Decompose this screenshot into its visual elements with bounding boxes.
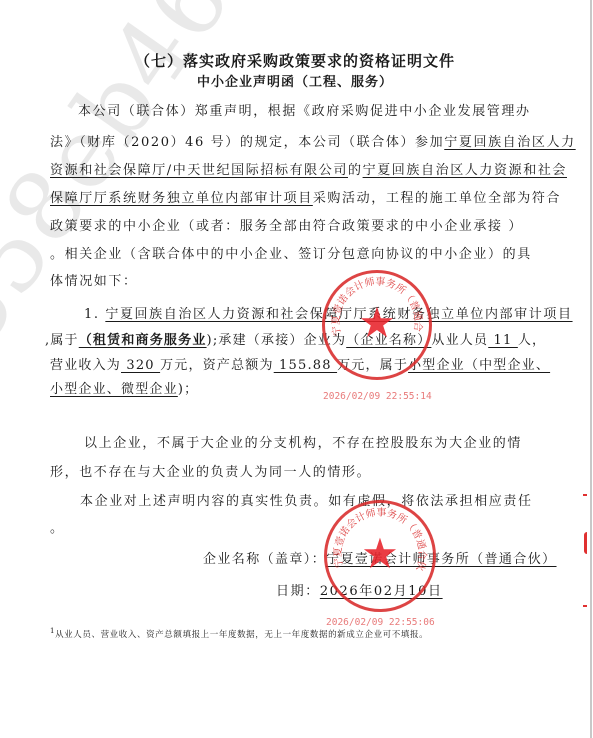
project-name-part2: 保障厅厅系统财务独立单位内部审计项目 [50, 191, 313, 206]
project-name-part1: 宁夏回族自治区人力资源和社会 [363, 163, 567, 178]
item1-enterprise: （企业名称） [346, 333, 431, 348]
company-name: 宁夏壹诺会计师事务所（普通合伙） [326, 552, 556, 567]
seal-1-timestamp: 2026/02/09 22:55:14 [323, 391, 432, 402]
signature-date-line: 日期：2026年02月10日 [276, 580, 443, 599]
item1-size-class-cont: 小型企业、微型企业 [50, 382, 178, 397]
item1-number: 1. [84, 307, 105, 322]
para2-line2: 形，也不存在与大企业的负责人为同一人的情形。 [50, 461, 371, 480]
footnote-text: 从业人员、营业收入、资产总额填报上一年度数据，无上一年度数据的新成立企业可不填报… [55, 630, 428, 640]
para1-line3-text: 的 [348, 163, 363, 178]
para1-line5: 政策要求的中小企业（或者：服务全部由符合政策要求的中小企业承接 ） [50, 215, 523, 234]
para1-line7: 体情况如下： [50, 270, 138, 289]
para3-line2: 。 [50, 517, 65, 536]
para3-line1: 本企业对上述声明内容的真实性负责。如有虚假，将依法承担相应责任 [80, 490, 533, 509]
item1-line1: 1. 宁夏回族自治区人力资源和社会保障厅厅系统财务独立单位内部审计项目 [84, 303, 573, 322]
item1-revenue-label: 营业收入为 [50, 358, 121, 373]
signature-company-line: 企业名称（盖章）：宁夏壹诺会计师事务所（普通合伙） [203, 548, 557, 567]
footnote: 1从业人员、营业收入、资产总额填报上一年度数据，无上一年度数据的新成立企业可不填… [50, 627, 428, 640]
date-value: 2026年02月10日 [320, 584, 443, 599]
item1-staff-label: 从业人员 [431, 333, 488, 348]
purchaser-name-part2: 资源和社会保障厅/中天世纪国际招标有限公司 [50, 163, 348, 178]
item1-project: 宁夏回族自治区人力资源和社会保障厅厅系统财务独立单位内部审计项目 [105, 307, 572, 322]
item1-line4: 小型企业、微型企业)； [50, 378, 198, 397]
item1-staff-unit: 人， [518, 333, 546, 348]
item1-line3: 营业收入为 320 万元，资产总额为 155.88 万元，属于小型企业（中型企业… [50, 354, 550, 373]
para1-line4-text: 采购活动，工程的施工单位全部为符合 [313, 191, 561, 206]
company-label: 企业名称（盖章）： [203, 552, 326, 567]
para1-line1: 本公司（联合体）郑重声明，根据《政府采购促进中小企业发展管理办 [78, 100, 531, 119]
edge-seal-fragment [584, 532, 587, 554]
item1-belongs-label: ,属于 [45, 333, 79, 348]
edge-seal-mark-bottom [583, 605, 587, 607]
para1-line2-text: 法》（财库（2020）46 号）的规定，本公司（联合体）参加 [50, 135, 444, 150]
para2-line1: 以上企业，不属于大企业的分支机构，不存在控股股东为大企业的情 [84, 432, 522, 451]
edge-seal-mark-top [583, 494, 587, 496]
item1-revenue: 320 [121, 358, 160, 373]
item1-assets-label: 万元，资产总额为 [160, 358, 274, 373]
item1-size-class: 小型企业（中型企业、 [408, 358, 550, 373]
document-subtitle: 中小企业声明函（工程、服务） [0, 71, 590, 90]
item1-line2: ,属于（租赁和商务服务业);承建（承接）企业为（企业名称）从业人员 11 人， [45, 329, 546, 348]
purchaser-name-part1: 宁夏回族自治区人力 [444, 135, 575, 150]
seal-2-timestamp: 2026/02/09 22:55:06 [326, 617, 435, 628]
para1-line3: 资源和社会保障厅/中天世纪国际招标有限公司的宁夏回族自治区人力资源和社会 [50, 159, 567, 178]
para1-line4: 保障厅厅系统财务独立单位内部审计项目采购活动，工程的施工单位全部为符合 [50, 187, 561, 206]
item1-industry: （租赁和商务服务业 [79, 333, 207, 348]
item1-staff: 11 [488, 333, 518, 348]
document-page: 9558eb460cce2dbd64 （七）落实政府采购政策要求的资格证明文件 … [0, 0, 592, 738]
item1-assets: 155.88 [274, 358, 337, 373]
date-label: 日期： [276, 584, 320, 599]
para1-line2: 法》（财库（2020）46 号）的规定，本公司（联合体）参加宁夏回族自治区人力 [50, 131, 576, 150]
item1-end: )； [178, 382, 198, 397]
para1-line6: 。相关企业（含联合体中的中小企业、签订分包意向协议的中小企业）的具 [50, 243, 532, 262]
item1-contractor-label: );承建（承接）企业为 [207, 333, 347, 348]
document-title: （七）落实政府采购政策要求的资格证明文件 [0, 50, 590, 71]
item1-class-label: 万元，属于 [337, 358, 408, 373]
